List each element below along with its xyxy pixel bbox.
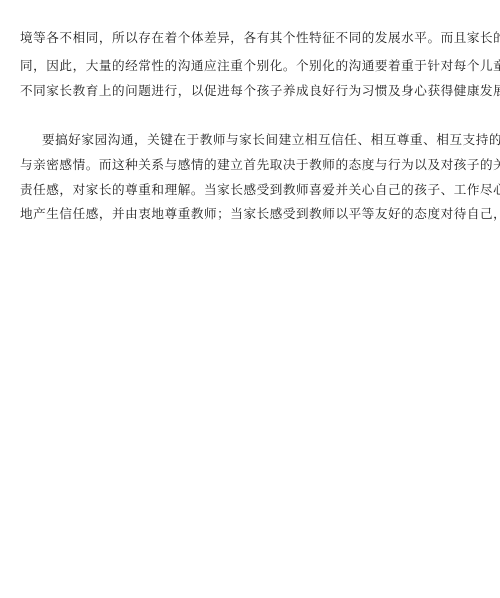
paragraph-line: 不同家长教育上的问题进行，以促进每个孩子养成良好行为习惯及身心获得健康发展。 [20, 83, 480, 99]
paragraph-line: 地产生信任感，并由衷地尊重教师；当家长感受到教师以平等友好的态度对待自己，理解和… [20, 206, 480, 222]
paragraph-line: 要搞好家园沟通，关键在于教师与家长间建立相互信任、相互尊重、相互支持的合作伙伴关… [42, 132, 500, 148]
paragraph-line: 境等各不相同，所以存在着个体差异，各有其个性特征不同的发展水平。而且家长的情况也… [20, 30, 480, 46]
document-page: 境等各不相同，所以存在着个体差异，各有其个性特征不同的发展水平。而且家长的情况也… [0, 0, 500, 598]
paragraph-line: 责任感，对家长的尊重和理解。当家长感受到教师喜爱并关心自己的孩子、工作尽心尽责时… [20, 182, 480, 198]
paragraph-line: 与亲密感情。而这种关系与感情的建立首先取决于教师的态度与行为以及对孩子的关爱，对… [20, 157, 480, 173]
paragraph-line: 同，因此，大量的经常性的沟通应注重个别化。个别化的沟通要着重于针对每个儿童不同的… [20, 58, 480, 74]
